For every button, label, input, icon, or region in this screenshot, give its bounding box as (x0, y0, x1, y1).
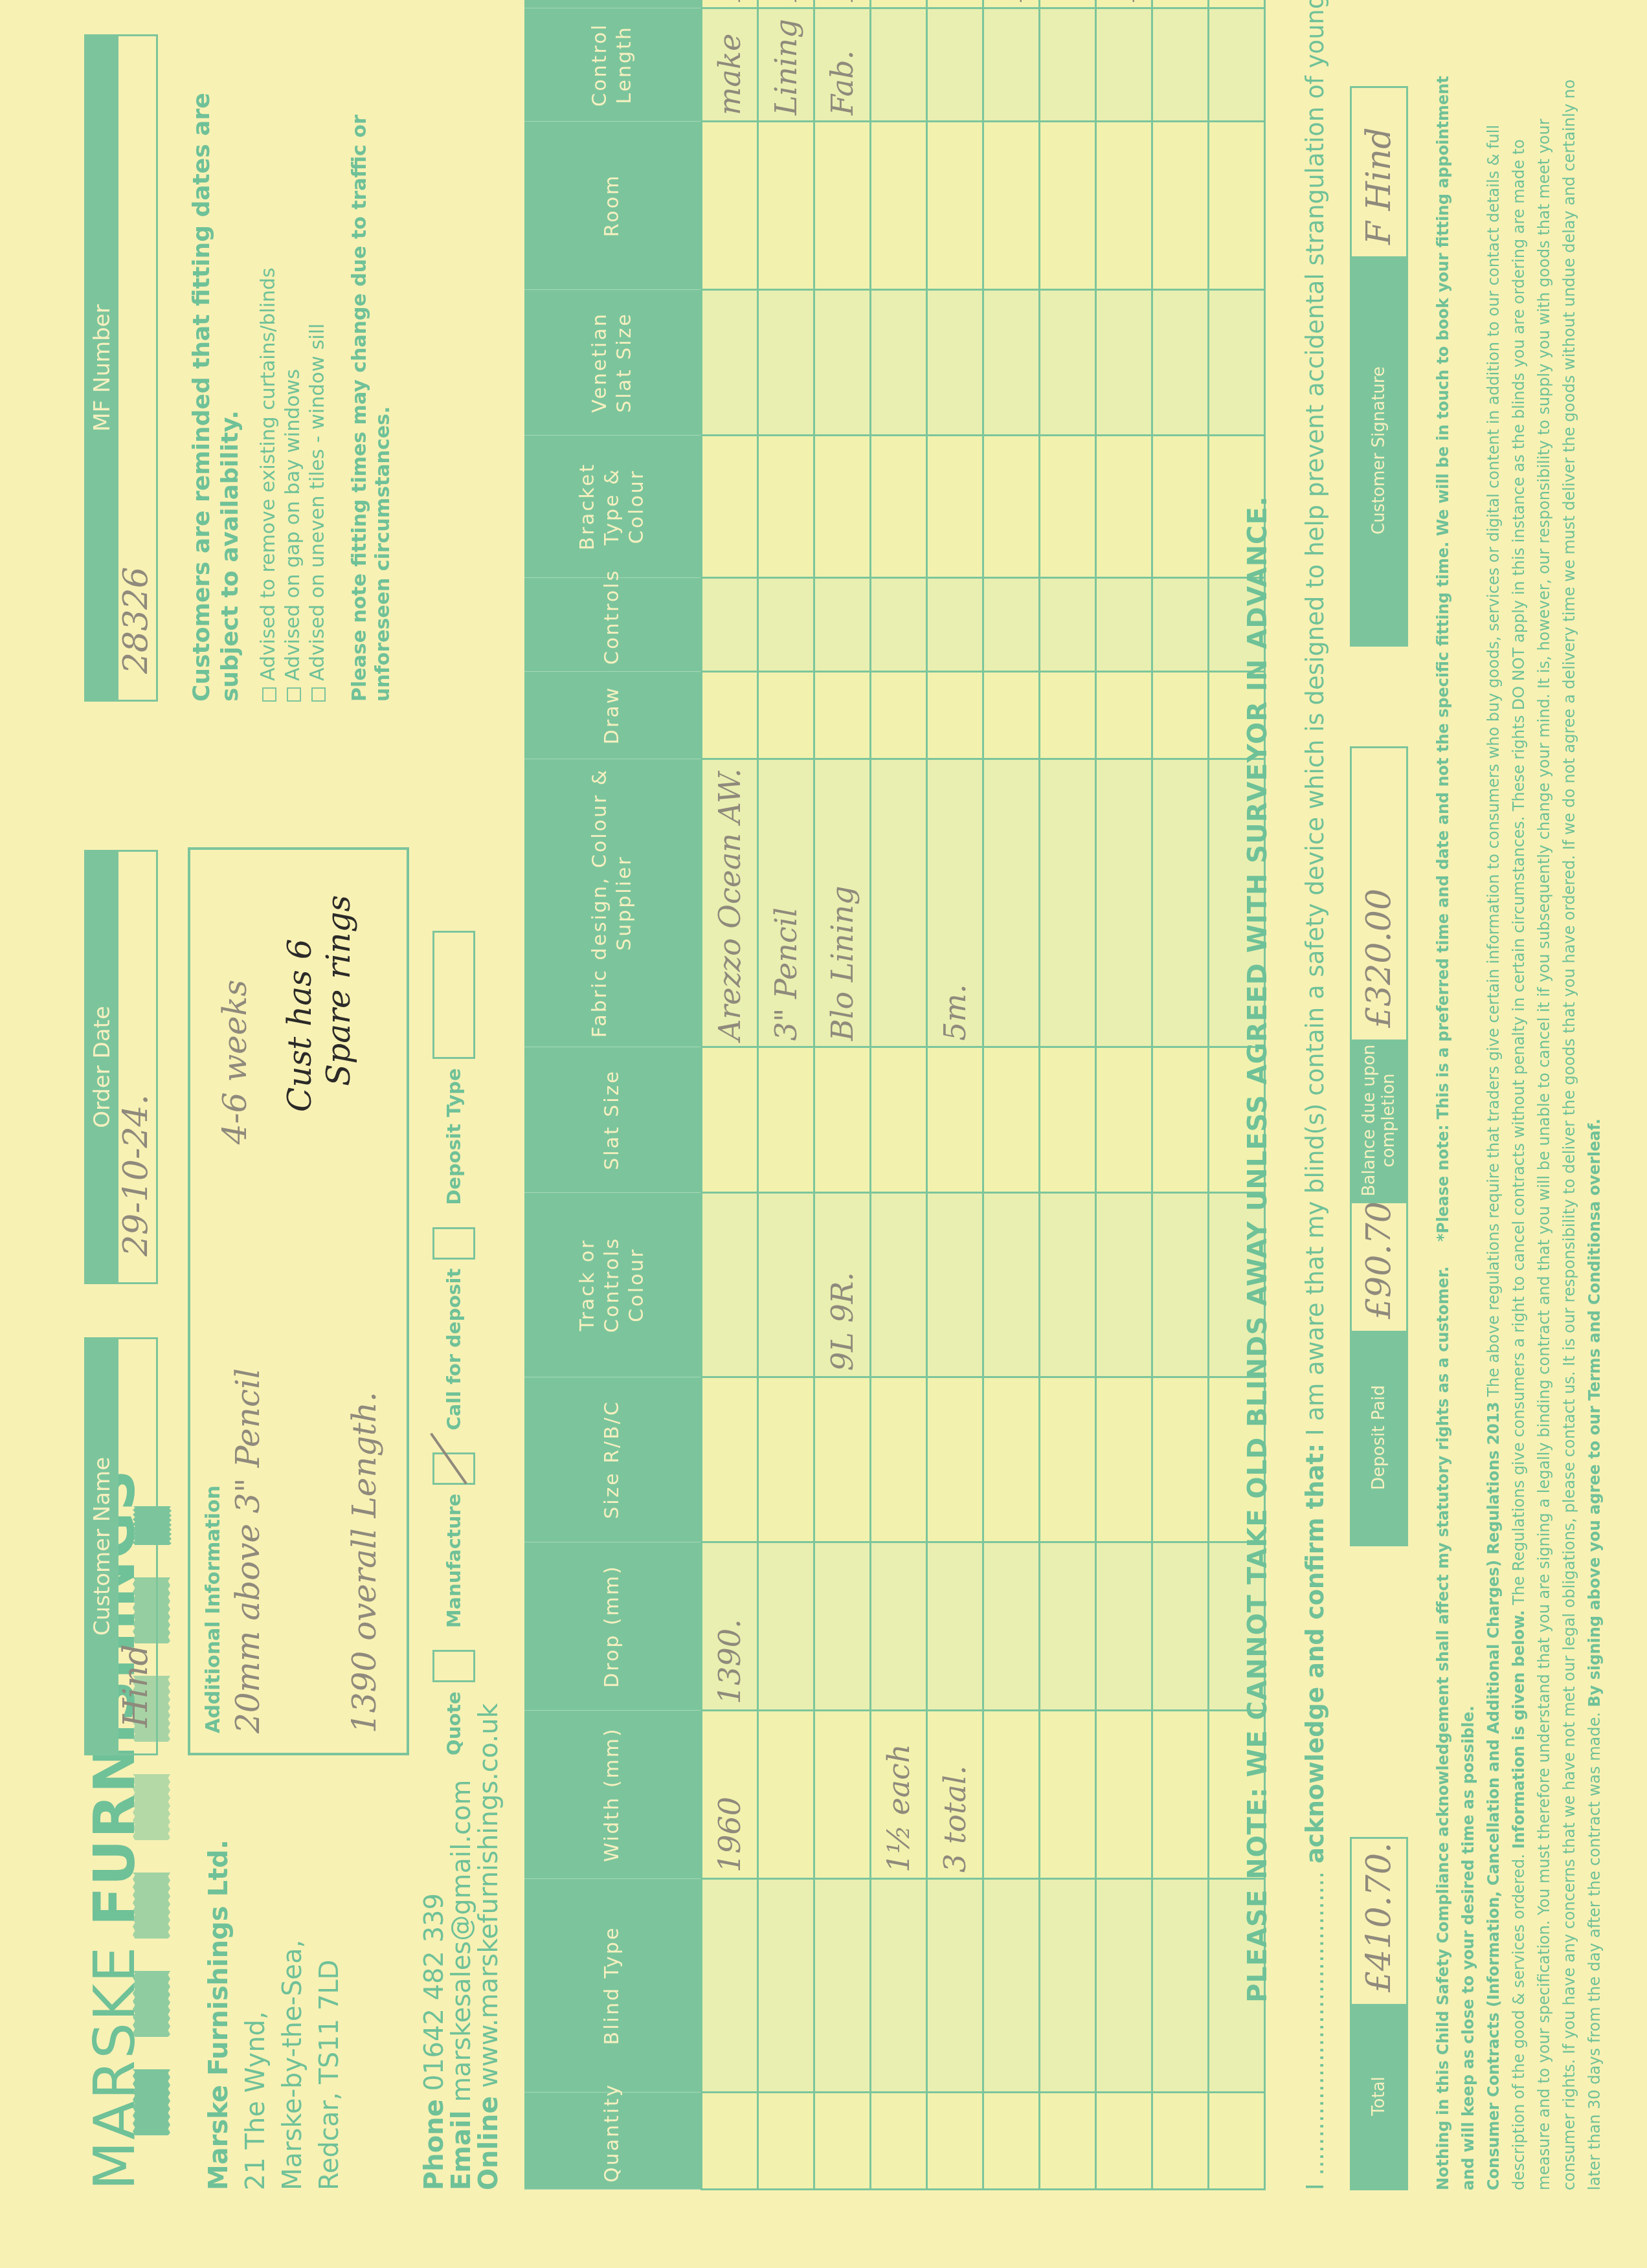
table-cell[interactable] (814, 290, 871, 436)
table-cell[interactable] (983, 436, 1040, 578)
customer-signature-label: Customer Signature (1352, 256, 1406, 645)
lead-time-note: 4-6 weeks (216, 980, 254, 1144)
table-cell[interactable] (1040, 8, 1096, 122)
table-cell[interactable] (1152, 1377, 1209, 1542)
customer-name-field[interactable]: Customer Name Hind (84, 1337, 158, 1755)
table-cell[interactable] (1040, 1047, 1096, 1193)
table-cell[interactable] (1096, 2093, 1152, 2190)
table-cell[interactable] (702, 1047, 758, 1193)
table-cell[interactable] (1096, 578, 1152, 672)
swatch-icon (133, 1873, 170, 1939)
table-cell[interactable] (983, 672, 1040, 759)
table-cell[interactable]: Fab. (814, 8, 871, 122)
table-cell[interactable] (1152, 1542, 1209, 1711)
table-cell[interactable] (1096, 8, 1152, 122)
table-cell[interactable] (927, 1047, 983, 1193)
table-row: 3 total.5m. (927, 0, 983, 2190)
table-row: 9L 9R.Blo LiningFab.£210.70. (814, 0, 871, 2190)
mf-number-field[interactable]: MF Number 28326 (84, 34, 158, 702)
table-cell[interactable] (983, 1542, 1040, 1711)
online-label: Online (474, 2096, 504, 2190)
table-cell[interactable]: 3" Pencil (758, 759, 814, 1047)
table-cell[interactable] (871, 759, 927, 1047)
company-contact: Phone 01642 482 339 Email marskesales@gm… (421, 1703, 502, 2190)
table-cell[interactable] (871, 1542, 927, 1711)
table-cell[interactable] (983, 578, 1040, 672)
table-cell[interactable] (1096, 1542, 1152, 1711)
table-cell[interactable] (927, 1542, 983, 1711)
statutory-rights-note: Nothing in this Child Safety Compliance … (1434, 1266, 1452, 2190)
table-cell[interactable] (702, 2093, 758, 2190)
table-cell[interactable] (1096, 1377, 1152, 1542)
table-cell[interactable] (983, 1377, 1040, 1542)
table-cell[interactable] (1040, 436, 1096, 578)
table-cell[interactable]: Lining (758, 8, 814, 122)
table-cell[interactable] (927, 672, 983, 759)
advisory-item[interactable]: Advised to remove existing curtains/blin… (256, 54, 281, 702)
table-cell[interactable] (814, 1377, 871, 1542)
table-cell[interactable] (1209, 8, 1265, 122)
ack-name-blank[interactable]: I ......................................… (1301, 1871, 1329, 2190)
safety-acknowledgement: I ......................................… (1301, 0, 1329, 2190)
table-body: 19601390.Arezzo Ocean AW.make£210—3" Pen… (702, 0, 1265, 2190)
table-cell[interactable] (758, 1193, 814, 1377)
column-header: Size R/B/C (524, 1377, 702, 1542)
order-date-value: 29-10-24. (118, 852, 154, 1282)
old-blinds-notice: PLEASE NOTE: WE CANNOT TAKE OLD BLINDS A… (1243, 496, 1273, 2003)
advisory-label: Advised on gap on bay windows (282, 369, 304, 681)
table-cell[interactable] (1152, 1711, 1209, 1879)
table-cell[interactable] (983, 1047, 1040, 1193)
table-cell[interactable] (1096, 436, 1152, 578)
swatch-icon (133, 2069, 170, 2135)
table-cell[interactable] (1209, 122, 1265, 290)
table-cell[interactable] (814, 578, 871, 672)
table-cell[interactable] (1152, 578, 1209, 672)
table-cell[interactable] (702, 1193, 758, 1377)
table-cell[interactable]: Blo Lining (814, 759, 871, 1047)
advisory-item[interactable]: Advised on gap on bay windows (281, 54, 306, 702)
table-cell[interactable] (1040, 578, 1096, 672)
column-header: Bracket Type & Colour (524, 436, 702, 578)
table-cell[interactable] (927, 290, 983, 436)
terms-agreement: By signing above you agree to our Terms … (1585, 1118, 1604, 1707)
table-cell[interactable]: make (702, 8, 758, 122)
table-cell[interactable] (1040, 290, 1096, 436)
table-cell[interactable] (927, 0, 983, 8)
table-cell[interactable] (1152, 1047, 1209, 1193)
deposit-type-input[interactable] (432, 931, 475, 1059)
quote-checkbox[interactable] (432, 1650, 475, 1682)
balance-due-value: £320.00 (1352, 889, 1406, 1039)
advisory-checkbox[interactable] (311, 687, 326, 702)
table-cell[interactable] (983, 8, 1040, 122)
fitting-notes: Customers are reminded that fitting date… (188, 54, 395, 702)
table-cell[interactable] (758, 436, 814, 578)
fitting-time-note: Please note fitting times may change due… (348, 54, 395, 702)
table-cell[interactable] (871, 436, 927, 578)
table-cell[interactable] (1096, 1879, 1152, 2093)
order-date-label: Order Date (86, 852, 118, 1282)
table-cell[interactable] (1040, 1711, 1096, 1879)
table-cell[interactable] (758, 1879, 814, 2093)
customer-name-value: Hind (118, 1339, 154, 1753)
info-given-below: Information is given below. (1510, 1610, 1528, 1849)
company-name: Marske Furnishings Ltd. (201, 1840, 238, 2190)
table-row (1040, 0, 1096, 2190)
table-header-row: QuantityBlind TypeWidth (mm)Drop (mm)Siz… (524, 0, 702, 2190)
order-items-table: QuantityBlind TypeWidth (mm)Drop (mm)Siz… (524, 0, 1266, 2190)
table-cell[interactable] (871, 672, 927, 759)
table-cell[interactable]: £210.70. (814, 0, 871, 8)
table-cell[interactable] (1040, 1542, 1096, 1711)
table-cell[interactable] (758, 1711, 814, 1879)
table-cell[interactable] (927, 8, 983, 122)
regulations-title: Consumer Contracts (Information, Cancell… (1485, 1402, 1503, 2190)
manufacture-label: Manufacture (443, 1494, 465, 1629)
ack-text: I am aware that my blind(s) contain a sa… (1301, 0, 1329, 1436)
advisory-item[interactable]: Advised on uneven tiles - window sill (306, 54, 330, 702)
table-cell[interactable] (1096, 672, 1152, 759)
table-row: £475.70 (1096, 0, 1152, 2190)
table-cell[interactable]: 1960 (702, 1711, 758, 1879)
table-cell[interactable] (1096, 1193, 1152, 1377)
table-cell[interactable] (814, 2093, 871, 2190)
call-for-deposit-label: Call for deposit (443, 1269, 465, 1430)
table-cell[interactable]: £50— (758, 0, 814, 8)
advisory-checkbox[interactable] (262, 687, 276, 702)
table-cell[interactable] (1096, 290, 1152, 436)
website-url: www.marskefurnishings.co.uk (474, 1703, 504, 2088)
table-cell[interactable] (1209, 290, 1265, 436)
table-cell[interactable] (1152, 290, 1209, 436)
table-cell[interactable] (814, 1542, 871, 1711)
column-header: Control Length (524, 8, 702, 122)
column-header: Track or Controls Colour (524, 1193, 702, 1377)
table-cell[interactable] (927, 1879, 983, 2093)
table-cell[interactable] (702, 122, 758, 290)
table-cell[interactable] (1040, 1193, 1096, 1377)
balance-due-field[interactable]: Balance due upon completion £320.00 (1350, 746, 1408, 1203)
table-cell[interactable]: 5m. (927, 759, 983, 1047)
column-header: Controls (524, 578, 702, 672)
ink-note-line: Spare rings (320, 895, 357, 1086)
additional-info-title: Additional Information (202, 1485, 225, 1733)
table-cell[interactable] (871, 2093, 927, 2190)
table-cell[interactable] (1040, 759, 1096, 1047)
table-cell[interactable]: 9L 9R. (814, 1193, 871, 1377)
table-cell[interactable] (983, 759, 1040, 1047)
table-cell[interactable] (1040, 2093, 1096, 2190)
table-cell[interactable] (927, 1193, 983, 1377)
legal-terms: Nothing in this Child Safety Compliance … (1431, 67, 1608, 2190)
table-cell[interactable]: 1½ each (871, 1711, 927, 1879)
table-cell[interactable] (871, 290, 927, 436)
table-cell[interactable]: £475.70 (1096, 0, 1152, 8)
table-cell[interactable] (702, 1879, 758, 2093)
table-cell[interactable] (702, 436, 758, 578)
column-header: Price (524, 0, 702, 8)
table-cell[interactable] (871, 1047, 927, 1193)
fitting-reminder: Customers are reminded that fitting date… (188, 54, 245, 702)
swatch-icon (133, 1774, 170, 1840)
address-line: Marske-by-the-Sea, (274, 1840, 311, 2190)
mf-number-value: 28326 (118, 36, 154, 700)
table-cell[interactable] (983, 2093, 1040, 2190)
table-cell[interactable] (758, 290, 814, 436)
table-cell[interactable] (871, 1377, 927, 1542)
swatch-icon (133, 1971, 170, 2037)
table-cell[interactable] (871, 1193, 927, 1377)
table-cell[interactable] (983, 1193, 1040, 1377)
balance-due-label: Balance due upon completion (1352, 1039, 1406, 1201)
additional-info-box[interactable]: Additional Information 20mm above 3" Pen… (188, 847, 409, 1755)
table-cell[interactable] (1209, 2093, 1265, 2190)
table-cell[interactable] (871, 122, 927, 290)
column-header: Quantity (524, 2093, 702, 2190)
table-cell[interactable] (983, 1879, 1040, 2093)
table-cell[interactable]: £42.14 P/m (983, 0, 1040, 8)
table-cell[interactable] (1152, 2093, 1209, 2190)
table-cell[interactable] (1152, 122, 1209, 290)
manufacture-checkbox[interactable] (432, 1452, 475, 1485)
column-header: Slat Size (524, 1047, 702, 1193)
column-header: Fabric design, Colour & Supplier (524, 759, 702, 1047)
column-header: Room (524, 122, 702, 290)
table-cell[interactable] (1040, 0, 1096, 8)
total-field[interactable]: Total £410.70. (1350, 1837, 1408, 2190)
table-cell[interactable] (1040, 1377, 1096, 1542)
table-cell[interactable] (1096, 122, 1152, 290)
table-row: 1½ each (871, 0, 927, 2190)
table-cell[interactable]: 3 total. (927, 1711, 983, 1879)
table-cell[interactable] (1152, 1193, 1209, 1377)
table-cell[interactable] (871, 0, 927, 8)
customer-name-label: Customer Name (86, 1339, 118, 1753)
table-cell[interactable] (983, 1711, 1040, 1879)
table-cell[interactable]: £210— (702, 0, 758, 8)
order-form-sheet: MARSKE FURNISHINGS Marske Furnishings Lt… (0, 0, 1647, 2268)
additional-info-line: 20mm above 3" Pencil (229, 1368, 267, 1733)
table-cell[interactable] (983, 122, 1040, 290)
table-cell[interactable] (1152, 1879, 1209, 2093)
column-header: Blind Type (524, 1879, 702, 2093)
advisory-list: Advised to remove existing curtains/blin… (256, 54, 330, 702)
table-cell[interactable] (758, 1542, 814, 1711)
address-line: 21 The Wynd, (238, 1840, 274, 2190)
table-cell[interactable] (927, 436, 983, 578)
advisory-checkbox[interactable] (287, 687, 301, 702)
table-row: £42.14 P/m (983, 0, 1040, 2190)
table-cell[interactable] (927, 122, 983, 290)
table-cell[interactable] (1096, 1047, 1152, 1193)
table-cell[interactable] (702, 1377, 758, 1542)
table-cell[interactable] (814, 122, 871, 290)
deposit-type-label: Deposit Type (443, 1068, 465, 1205)
table-cell[interactable] (758, 578, 814, 672)
table-cell[interactable] (871, 1879, 927, 2093)
customer-signature-value: F Hind (1352, 128, 1406, 256)
table-cell[interactable] (702, 290, 758, 436)
table-cell[interactable] (702, 578, 758, 672)
table-cell[interactable]: Arezzo Ocean AW. (702, 759, 758, 1047)
table-cell[interactable] (927, 578, 983, 672)
deposit-paid-label: Deposit Paid (1352, 1331, 1406, 1544)
table-cell[interactable] (814, 1047, 871, 1193)
table-cell[interactable] (1152, 8, 1209, 122)
email-label: Email (447, 2111, 476, 2190)
call-for-deposit-checkbox[interactable] (432, 1227, 475, 1260)
table-cell[interactable] (758, 122, 814, 290)
total-value: £410.70. (1352, 1842, 1406, 2004)
table-cell[interactable] (758, 1047, 814, 1193)
table-cell[interactable]: 1390. (702, 1542, 758, 1711)
table-cell[interactable] (1040, 672, 1096, 759)
table-cell[interactable] (814, 1711, 871, 1879)
advisory-label: Advised on uneven tiles - window sill (306, 324, 329, 681)
table-cell[interactable] (814, 1879, 871, 2093)
table-cell[interactable] (983, 290, 1040, 436)
order-type-options: Quote Manufacture Call for deposit Depos… (432, 931, 475, 1755)
column-header: Drop (mm) (524, 1542, 702, 1711)
table-cell[interactable] (1209, 0, 1265, 8)
phone-label: Phone (420, 2099, 449, 2190)
customer-signature-field[interactable]: Customer Signature F Hind (1350, 86, 1408, 647)
table-cell[interactable] (814, 672, 871, 759)
column-header: Draw (524, 672, 702, 759)
table-cell[interactable] (702, 672, 758, 759)
table-cell[interactable] (758, 1377, 814, 1542)
table-cell[interactable] (1040, 122, 1096, 290)
company-address: Marske Furnishings Ltd. 21 The Wynd, Mar… (201, 1840, 348, 2190)
email-address: marskesales@gmail.com (447, 1780, 476, 2102)
deposit-paid-value: £90.70 (1352, 1201, 1406, 1331)
table-cell[interactable] (1152, 436, 1209, 578)
mf-number-label: MF Number (86, 36, 118, 700)
table-cell[interactable] (758, 2093, 814, 2190)
ink-note-line: Cust has 6 (281, 939, 319, 1112)
ack-bold: acknowledge and confirm that: (1301, 1443, 1329, 1863)
phone-number: 01642 482 339 (420, 1893, 449, 2091)
table-cell[interactable] (871, 578, 927, 672)
table-cell[interactable] (927, 1377, 983, 1542)
table-cell[interactable] (814, 436, 871, 578)
additional-info-line: 1390 overall Length. (346, 1392, 383, 1733)
table-cell[interactable] (1152, 672, 1209, 759)
table-cell[interactable] (758, 672, 814, 759)
quote-label: Quote (443, 1691, 465, 1755)
column-header: Venetian Slat Size (524, 290, 702, 436)
table-cell[interactable] (1040, 1879, 1096, 2093)
advisory-label: Advised to remove existing curtains/blin… (257, 267, 280, 681)
table-cell[interactable] (1152, 0, 1209, 8)
order-date-field[interactable]: Order Date 29-10-24. (84, 850, 158, 1284)
column-header: Width (mm) (524, 1711, 702, 1879)
table-cell[interactable] (1096, 1711, 1152, 1879)
table-row (1152, 0, 1209, 2190)
table-row: 3" PencilLining£50— (758, 0, 814, 2190)
address-line: Redcar, TS11 7LD (311, 1840, 348, 2190)
table-cell[interactable] (927, 2093, 983, 2190)
table-cell[interactable] (1096, 759, 1152, 1047)
table-cell[interactable] (1152, 759, 1209, 1047)
total-label: Total (1352, 2004, 1406, 2188)
table-row: 19601390.Arezzo Ocean AW.make£210— (702, 0, 758, 2190)
table-cell[interactable] (871, 8, 927, 122)
